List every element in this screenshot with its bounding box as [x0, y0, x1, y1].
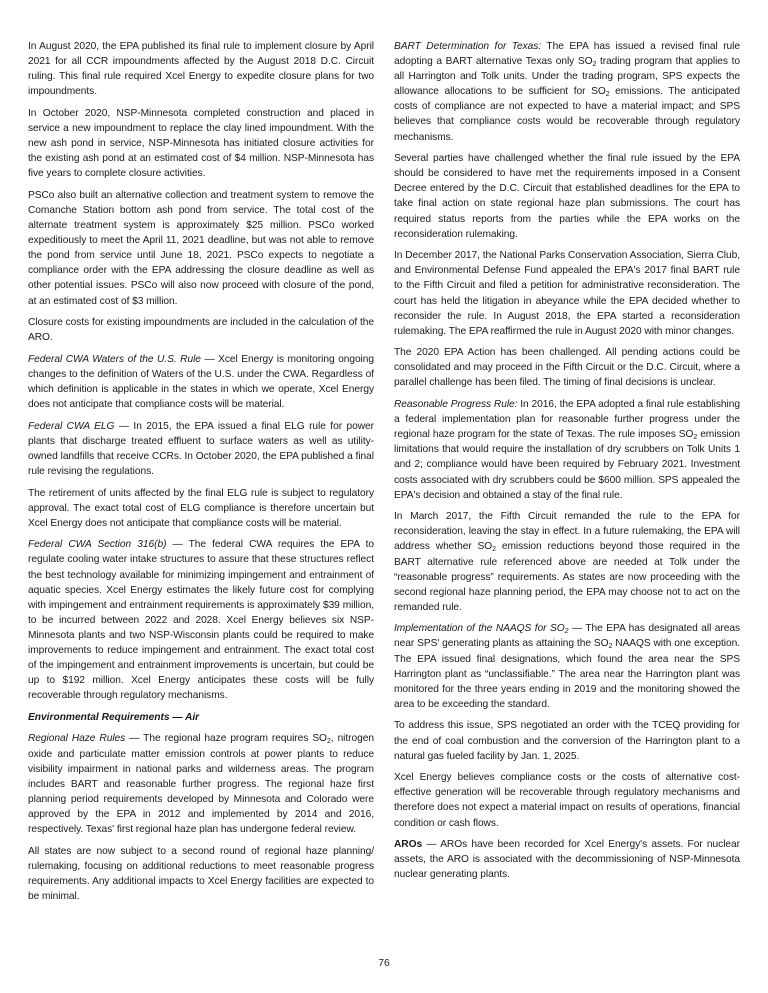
paragraph-cwa-316b: Federal CWA Section 316(b) — The federal…: [28, 537, 374, 703]
paragraph-cwa-elg: Federal CWA ELG — In 2015, the EPA issue…: [28, 419, 374, 479]
paragraph-lead-text: Implementation of the NAAQS for SO: [394, 623, 565, 634]
right-column: BART Determination for Texas: The EPA ha…: [394, 39, 740, 910]
section-heading-air: Environmental Requirements — Air: [28, 710, 374, 725]
paragraph-body: — The federal CWA requires the EPA to re…: [28, 539, 374, 701]
paragraph-nsp-minnesota-impoundment: In October 2020, NSP-Minnesota completed…: [28, 106, 374, 181]
paragraph-lead: Federal CWA Section 316(b): [28, 539, 166, 550]
paragraph-lead: AROs: [394, 839, 422, 850]
paragraph-closure-costs: Closure costs for existing impoundments …: [28, 315, 374, 345]
paragraph-consent-decree-challenge: Several parties have challenged whether …: [394, 151, 740, 242]
paragraph-psco-comanche: PSCo also built an alternative collectio…: [28, 188, 374, 309]
paragraph-elg-retirement: The retirement of units affected by the …: [28, 486, 374, 531]
page-number: 76: [0, 958, 768, 969]
paragraph-naaqs-so2: Implementation of the NAAQS for SO2 — Th…: [394, 621, 740, 712]
paragraph-lead: Federal CWA ELG: [28, 421, 114, 432]
paragraph-aros: AROs — AROs have been recorded for Xcel …: [394, 837, 740, 882]
paragraph-december-2017-appeal: In December 2017, the National Parks Con…: [394, 248, 740, 339]
paragraph-body: , nitrogen oxide and particulate matter …: [28, 733, 374, 835]
paragraph-waters-of-us-rule: Federal CWA Waters of the U.S. Rule — Xc…: [28, 352, 374, 412]
paragraph-lead: BART Determination for Texas:: [394, 41, 541, 52]
paragraph-lead: Regional Haze Rules: [28, 733, 125, 744]
left-column: In August 2020, the EPA published its fi…: [28, 39, 374, 910]
document-page: In August 2020, the EPA published its fi…: [28, 39, 740, 910]
paragraph-lead: Implementation of the NAAQS for SO2: [394, 623, 568, 634]
paragraph-compliance-costs-recoverable: Xcel Energy believes compliance costs or…: [394, 770, 740, 830]
paragraph-body: — The regional haze program requires SO: [125, 733, 327, 744]
paragraph-second-round-haze: All states are now subject to a second r…: [28, 844, 374, 904]
paragraph-bart-texas: BART Determination for Texas: The EPA ha…: [394, 39, 740, 145]
paragraph-lead: Federal CWA Waters of the U.S. Rule: [28, 354, 201, 365]
paragraph-march-2017-remand: In March 2017, the Fifth Circuit remande…: [394, 509, 740, 615]
paragraph-2020-epa-action: The 2020 EPA Action has been challenged.…: [394, 345, 740, 390]
paragraph-tceq-order: To address this issue, SPS negotiated an…: [394, 718, 740, 763]
paragraph-regional-haze-rules: Regional Haze Rules — The regional haze …: [28, 731, 374, 837]
paragraph-ccr-final-rule: In August 2020, the EPA published its fi…: [28, 39, 374, 99]
paragraph-body: — AROs have been recorded for Xcel Energ…: [394, 839, 740, 880]
paragraph-lead: Reasonable Progress Rule:: [394, 399, 517, 410]
paragraph-reasonable-progress-rule: Reasonable Progress Rule: In 2016, the E…: [394, 397, 740, 503]
